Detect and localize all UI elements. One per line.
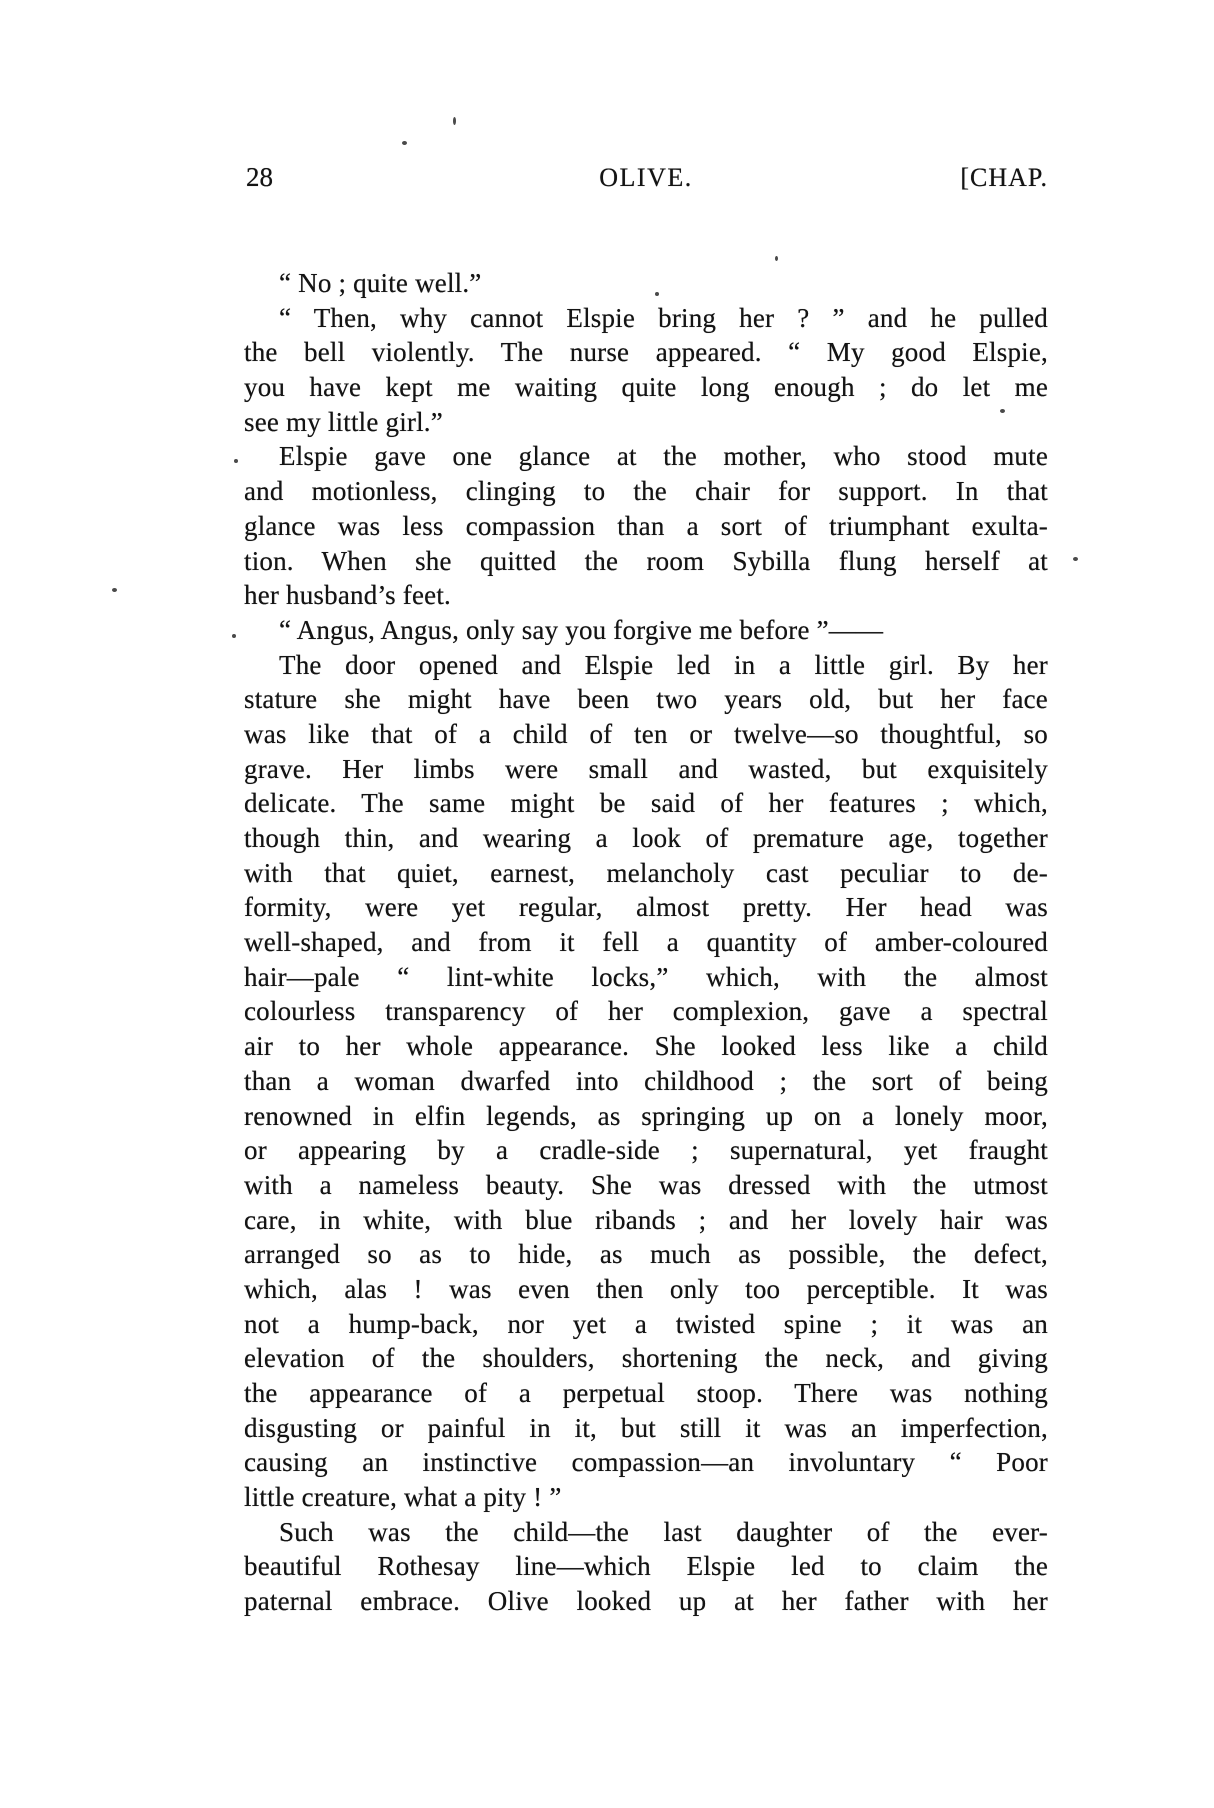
text-line: tion. When she quitted the room Sybilla …	[244, 544, 1048, 579]
text-line: causing an instinctive compassion—an inv…	[244, 1445, 1048, 1480]
scan-speck	[655, 292, 659, 296]
text-line: and motionless, clinging to the chair fo…	[244, 474, 1048, 509]
scan-speck	[453, 117, 456, 125]
text-line: little creature, what a pity ! ”	[244, 1480, 1048, 1515]
text-line: Elspie gave one glance at the mother, wh…	[244, 439, 1048, 474]
scan-speck	[112, 588, 117, 592]
text-line: “ Angus, Angus, only say you forgive me …	[244, 613, 1048, 648]
scan-speck	[1000, 409, 1005, 413]
text-line: beautiful Rothesay line—which Elspie led…	[244, 1549, 1048, 1584]
text-line: formity, were yet regular, almost pretty…	[244, 890, 1048, 925]
text-line: with that quiet, earnest, melancholy cas…	[244, 856, 1048, 891]
text-line: which, alas ! was even then only too per…	[244, 1272, 1048, 1307]
text-line: grave. Her limbs were small and wasted, …	[244, 752, 1048, 787]
text-line: paternal embrace. Olive looked up at her…	[244, 1584, 1048, 1619]
text-line: see my little girl.”	[244, 405, 1048, 440]
text-line: was like that of a child of ten or twelv…	[244, 717, 1048, 752]
text-line: you have kept me waiting quite long enou…	[244, 370, 1048, 405]
scan-speck	[234, 459, 238, 463]
text-line: air to her whole appearance. She looked …	[244, 1029, 1048, 1064]
text-line: the bell violently. The nurse appeared. …	[244, 335, 1048, 370]
text-line: glance was less compassion than a sort o…	[244, 509, 1048, 544]
text-line: or appearing by a cradle-side ; supernat…	[244, 1133, 1048, 1168]
text-line: the appearance of a perpetual stoop. The…	[244, 1376, 1048, 1411]
text-line: hair—pale “ lint-white locks,” which, wi…	[244, 960, 1048, 995]
text-line: “ No ; quite well.”	[244, 266, 1048, 301]
text-line: arranged so as to hide, as much as possi…	[244, 1237, 1048, 1272]
text-line: though thin, and wearing a look of prema…	[244, 821, 1048, 856]
text-line: care, in white, with blue ribands ; and …	[244, 1203, 1048, 1238]
chapter-marker: [CHAP.	[960, 161, 1048, 195]
book-page-scan: 28 OLIVE. [CHAP. “ No ; quite well.”“ Th…	[0, 0, 1214, 1808]
scan-speck	[1073, 557, 1078, 561]
text-line: colourless transparency of her complexio…	[244, 994, 1048, 1029]
text-line: not a hump-back, nor yet a twisted spine…	[244, 1307, 1048, 1342]
text-line: stature she might have been two years ol…	[244, 682, 1048, 717]
scan-speck	[232, 634, 236, 638]
text-line: “ Then, why cannot Elspie bring her ? ” …	[244, 301, 1048, 336]
running-header: 28 OLIVE. [CHAP.	[244, 160, 1048, 194]
running-title: OLIVE.	[244, 161, 1048, 195]
text-line: Such was the child—the last daughter of …	[244, 1515, 1048, 1550]
text-line: elevation of the shoulders, shortening t…	[244, 1341, 1048, 1376]
text-line: well-shaped, and from it fell a quantity…	[244, 925, 1048, 960]
text-line: renowned in elfin legends, as springing …	[244, 1099, 1048, 1134]
text-line: than a woman dwarfed into childhood ; th…	[244, 1064, 1048, 1099]
text-line: The door opened and Elspie led in a litt…	[244, 648, 1048, 683]
text-line: disgusting or painful in it, but still i…	[244, 1411, 1048, 1446]
scan-speck	[402, 141, 407, 145]
scan-speck	[775, 256, 778, 261]
text-line: delicate. The same might be said of her …	[244, 786, 1048, 821]
page-body: “ No ; quite well.”“ Then, why cannot El…	[244, 266, 1048, 1619]
text-line: her husband’s feet.	[244, 578, 1048, 613]
text-line: with a nameless beauty. She was dressed …	[244, 1168, 1048, 1203]
